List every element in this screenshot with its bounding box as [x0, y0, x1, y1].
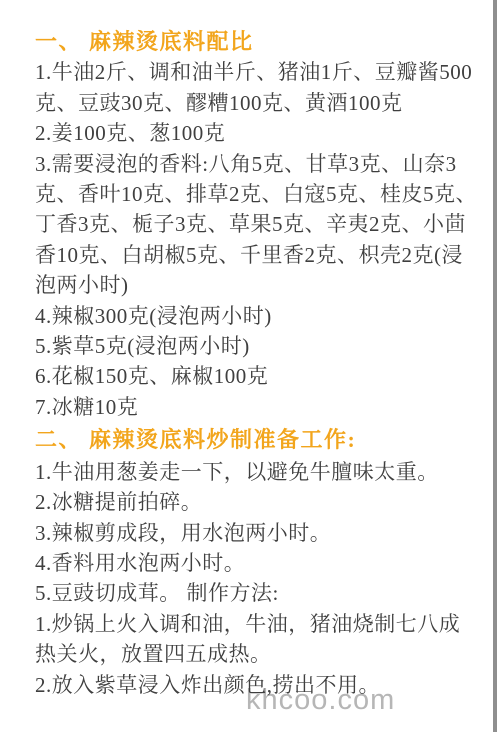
section-heading-1: 一、 麻辣烫底料配比	[35, 27, 467, 57]
recipe-line: 克、香叶10克、排草2克、白寇5克、桂皮5克、	[35, 179, 467, 209]
recipe-page: khcoo.com 一、 麻辣烫底料配比 1.牛油2斤、调和油半斤、猪油1斤、豆…	[0, 0, 500, 732]
recipe-line: 3.辣椒剪成段，用水泡两小时。	[35, 518, 467, 548]
recipe-line: 1.牛油2斤、调和油半斤、猪油1斤、豆瓣酱500	[35, 57, 467, 87]
recipe-line: 2.姜100克、葱100克	[35, 118, 467, 148]
recipe-line: 3.需要浸泡的香料:八角5克、甘草3克、山奈3	[35, 149, 467, 179]
recipe-line: 香10克、白胡椒5克、千里香2克、枳壳2克(浸	[35, 240, 467, 270]
recipe-line: 1.炒锅上火入调和油，牛油，猪油烧制七八成	[35, 609, 467, 639]
recipe-line: 丁香3克、栀子3克、草果5克、辛夷2克、小茴	[35, 209, 467, 239]
recipe-line: 4.辣椒300克(浸泡两小时)	[35, 301, 467, 331]
recipe-line: 1.牛油用葱姜走一下，以避免牛膻味太重。	[35, 457, 467, 487]
recipe-line: 泡两小时)	[35, 270, 467, 300]
recipe-line: 5.豆豉切成茸。 制作方法:	[35, 578, 467, 608]
recipe-line: 2.冰糖提前拍碎。	[35, 487, 467, 517]
recipe-line: 克、豆豉30克、醪糟100克、黄酒100克	[35, 88, 467, 118]
recipe-line: 热关火，放置四五成热。	[35, 639, 467, 669]
scrollbar[interactable]	[493, 0, 497, 732]
recipe-line: 6.花椒150克、麻椒100克	[35, 361, 467, 391]
recipe-line: 7.冰糖10克	[35, 392, 467, 422]
recipe-line: 4.香料用水泡两小时。	[35, 548, 467, 578]
section-heading-2: 二、 麻辣烫底料炒制准备工作:	[35, 425, 467, 455]
recipe-line: 2.放入紫草浸入炸出颜色,捞出不用。	[35, 670, 467, 700]
recipe-body: 一、 麻辣烫底料配比 1.牛油2斤、调和油半斤、猪油1斤、豆瓣酱500 克、豆豉…	[35, 27, 467, 700]
recipe-line: 5.紫草5克(浸泡两小时)	[35, 331, 467, 361]
